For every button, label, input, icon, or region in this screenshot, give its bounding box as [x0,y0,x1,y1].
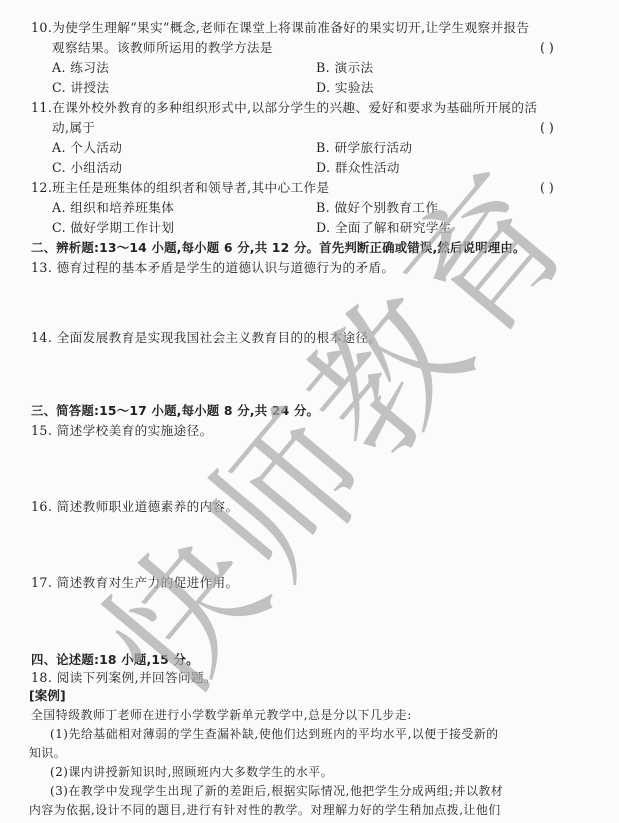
question-11-stem-line2: 动,属于 [52,120,95,136]
question-11-stem-line1: 11.在课外校外教育的多种组织形式中,以部分学生的兴趣、爱好和要求为基础所开展的… [31,100,537,116]
option-10-d: D. 实验法 [316,80,374,96]
option-10-b: B. 演示法 [316,60,373,76]
question-13: 13. 德育过程的基本矛盾是学生的道德认识与道德行为的矛盾。 [31,260,394,276]
question-text: 为使学生理解“果实”概念,老师在课堂上将课前准备好的果实切开,让学生观察并报告 [52,20,529,35]
question-16: 16. 简述教师职业道德素养的内容。 [31,499,239,515]
question-17: 17. 简述教育对生产力的促进作用。 [31,575,239,591]
question-number: 11. [31,100,52,115]
option-10-a: A. 练习法 [52,60,109,76]
option-12-a: A. 组织和培养班集体 [52,200,174,216]
case-step-1-line2: 知识。 [29,745,66,761]
option-12-c: C. 做好学期工作计划 [52,220,174,236]
exam-page: 10.为使学生理解“果实”概念,老师在课堂上将课前准备好的果实切开,让学生观察并… [0,0,619,823]
question-10-stem-line1: 10.为使学生理解“果实”概念,老师在课堂上将课前准备好的果实切开,让学生观察并… [31,20,530,36]
section-2-heading: 二、辨析题:13～14 小题,每小题 6 分,共 12 分。首先判断正确或错误,… [31,240,526,256]
section-4-heading: 四、论述题:18 小题,15 分。 [31,652,199,668]
question-number: 10. [31,20,52,35]
option-12-d: D. 全面了解和研究学生 [316,220,452,236]
case-intro: 全国特级教师丁老师在进行小学数学新单元教学中,总是分以下几步走: [31,707,412,723]
case-step-2: (2)课内讲授新知识时,照顾班内大多数学生的水平。 [50,764,333,780]
answer-blank-12: ( ) [540,180,554,196]
question-10-stem-line2: 观察结果。该教师所运用的教学方法是 [52,40,273,56]
question-14: 14. 全面发展教育是实现我国社会主义教育目的的根本途径。 [31,330,381,346]
case-step-3-line1: (3)在教学中发现学生出现了新的差距后,根据实际情况,他把学生分成两组;并以教材 [50,783,503,799]
question-18: 18. 阅读下列案例,并回答问题。 [31,670,217,686]
option-10-c: C. 讲授法 [52,80,109,96]
option-12-b: B. 做好个别教育工作 [316,200,438,216]
case-label: [案例] [29,688,66,704]
case-step-3-line2: 内容为依据,设计不同的题目,进行有针对性的教学。对理解力好的学生稍加点拨,让他们 [29,802,501,818]
case-step-1-line1: (1)先给基础相对薄弱的学生查漏补缺,使他们达到班内的平均水平,以便于接受新的 [50,726,499,742]
question-15: 15. 简述学校美育的实施途径。 [31,423,213,439]
option-11-d: D. 群众性活动 [316,160,400,176]
option-11-b: B. 研学旅行活动 [316,140,412,156]
question-text: 班主任是班集体的组织者和领导者,其中心工作是 [52,180,329,195]
option-11-c: C. 小组活动 [52,160,122,176]
answer-blank-10: ( ) [540,40,554,56]
answer-blank-11: ( ) [540,120,554,136]
question-text: 在课外校外教育的多种组织形式中,以部分学生的兴趣、爱好和要求为基础所开展的活 [52,100,537,115]
section-3-heading: 三、简答题:15～17 小题,每小题 8 分,共 24 分。 [31,403,319,419]
question-12-stem: 12.班主任是班集体的组织者和领导者,其中心工作是 [31,180,330,196]
option-11-a: A. 个人活动 [52,140,122,156]
question-number: 12. [31,180,52,195]
